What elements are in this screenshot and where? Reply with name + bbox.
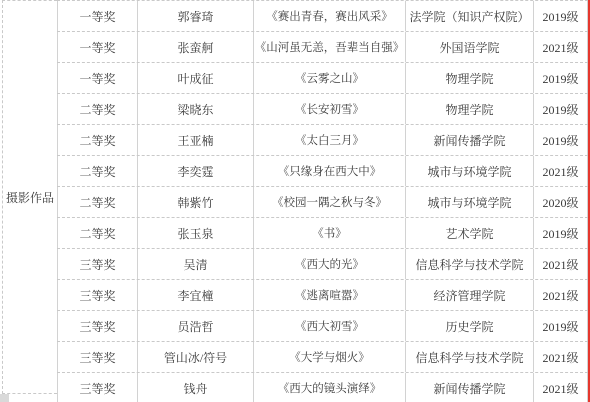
- awards-table-body: 一等奖 郭睿琦 《赛出青春，赛出风采》 法学院（知识产权院） 2019级 一等奖…: [57, 0, 588, 402]
- table-row: 二等奖 梁晓东 《长安初雪》 物理学院 2019级: [57, 94, 588, 125]
- author-name-cell: 张蛮舸: [137, 32, 253, 62]
- college-cell: 信息科学与技术学院: [405, 249, 533, 279]
- college-cell: 法学院（知识产权院）: [405, 1, 533, 31]
- class-year-cell: 2021级: [533, 342, 588, 372]
- class-year-cell: 2019级: [533, 94, 588, 124]
- table-row: 一等奖 张蛮舸 《山河虽无恙，吾辈当自强》 外国语学院 2021级: [57, 32, 588, 63]
- class-year-cell: 2019级: [533, 218, 588, 248]
- college-cell: 艺术学院: [405, 218, 533, 248]
- college-cell: 信息科学与技术学院: [405, 342, 533, 372]
- award-level-cell: 三等奖: [57, 280, 137, 310]
- author-name-cell: 吴清: [137, 249, 253, 279]
- award-level-cell: 二等奖: [57, 187, 137, 217]
- college-cell: 经济管理学院: [405, 280, 533, 310]
- author-name-cell: 管山冰/符号: [137, 342, 253, 372]
- work-title-cell: 《长安初雪》: [253, 94, 405, 124]
- class-year-cell: 2021级: [533, 32, 588, 62]
- work-title-cell: 《逃离喧嚣》: [253, 280, 405, 310]
- award-level-cell: 二等奖: [57, 94, 137, 124]
- work-title-cell: 《西大的镜头演绎》: [253, 373, 405, 402]
- class-year-cell: 2020级: [533, 187, 588, 217]
- table-row: 一等奖 叶成征 《云雾之山》 物理学院 2019级: [57, 63, 588, 94]
- table-row: 二等奖 张玉泉 《书》 艺术学院 2019级: [57, 218, 588, 249]
- class-year-cell: 2021级: [533, 280, 588, 310]
- table-row: 二等奖 王亚楠 《太白三月》 新闻传播学院 2019级: [57, 125, 588, 156]
- author-name-cell: 王亚楠: [137, 125, 253, 155]
- work-title-cell: 《书》: [253, 218, 405, 248]
- author-name-cell: 梁晓东: [137, 94, 253, 124]
- author-name-cell: 钱舟: [137, 373, 253, 402]
- work-title-cell: 《太白三月》: [253, 125, 405, 155]
- college-cell: 新闻传播学院: [405, 125, 533, 155]
- document-page: 摄影作品 一等奖 郭睿琦 《赛出青春，赛出风采》 法学院（知识产权院） 2019…: [0, 0, 590, 402]
- award-level-cell: 三等奖: [57, 373, 137, 402]
- work-title-cell: 《西大的光》: [253, 249, 405, 279]
- category-label: 摄影作品: [6, 189, 54, 206]
- table-row: 三等奖 钱舟 《西大的镜头演绎》 新闻传播学院 2021级: [57, 373, 588, 402]
- work-title-cell: 《大学与烟火》: [253, 342, 405, 372]
- table-row: 二等奖 李奕霆 《只缘身在西大中》 城市与环境学院 2021级: [57, 156, 588, 187]
- author-name-cell: 李奕霆: [137, 156, 253, 186]
- work-title-cell: 《校园一隅之秋与冬》: [253, 187, 405, 217]
- work-title-cell: 《西大初雪》: [253, 311, 405, 341]
- work-title-cell: 《山河虽无恙，吾辈当自强》: [253, 32, 405, 62]
- college-cell: 城市与环境学院: [405, 156, 533, 186]
- author-name-cell: 叶成征: [137, 63, 253, 93]
- class-year-cell: 2021级: [533, 156, 588, 186]
- work-title-cell: 《赛出青春，赛出风采》: [253, 1, 405, 31]
- author-name-cell: 员浩哲: [137, 311, 253, 341]
- college-cell: 城市与环境学院: [405, 187, 533, 217]
- college-cell: 新闻传播学院: [405, 373, 533, 402]
- award-level-cell: 一等奖: [57, 1, 137, 31]
- award-level-cell: 三等奖: [57, 249, 137, 279]
- class-year-cell: 2019级: [533, 63, 588, 93]
- table-row: 一等奖 郭睿琦 《赛出青春，赛出风采》 法学院（知识产权院） 2019级: [57, 1, 588, 32]
- author-name-cell: 李宜橦: [137, 280, 253, 310]
- college-cell: 物理学院: [405, 94, 533, 124]
- work-title-cell: 《云雾之山》: [253, 63, 405, 93]
- award-level-cell: 三等奖: [57, 311, 137, 341]
- table-row: 三等奖 李宜橦 《逃离喧嚣》 经济管理学院 2021级: [57, 280, 588, 311]
- category-cell: 摄影作品: [2, 0, 57, 394]
- class-year-cell: 2021级: [533, 373, 588, 402]
- college-cell: 外国语学院: [405, 32, 533, 62]
- table-row: 二等奖 韩紫竹 《校园一隅之秋与冬》 城市与环境学院 2020级: [57, 187, 588, 218]
- class-year-cell: 2019级: [533, 311, 588, 341]
- table-row: 三等奖 管山冰/符号 《大学与烟火》 信息科学与技术学院 2021级: [57, 342, 588, 373]
- award-level-cell: 一等奖: [57, 63, 137, 93]
- college-cell: 物理学院: [405, 63, 533, 93]
- author-name-cell: 韩紫竹: [137, 187, 253, 217]
- award-level-cell: 二等奖: [57, 218, 137, 248]
- work-title-cell: 《只缘身在西大中》: [253, 156, 405, 186]
- award-level-cell: 一等奖: [57, 32, 137, 62]
- class-year-cell: 2021级: [533, 249, 588, 279]
- page-corner-block: [0, 394, 9, 402]
- author-name-cell: 张玉泉: [137, 218, 253, 248]
- author-name-cell: 郭睿琦: [137, 1, 253, 31]
- class-year-cell: 2019级: [533, 125, 588, 155]
- college-cell: 历史学院: [405, 311, 533, 341]
- award-level-cell: 三等奖: [57, 342, 137, 372]
- award-level-cell: 二等奖: [57, 156, 137, 186]
- class-year-cell: 2019级: [533, 1, 588, 31]
- table-row: 三等奖 员浩哲 《西大初雪》 历史学院 2019级: [57, 311, 588, 342]
- table-row: 三等奖 吴清 《西大的光》 信息科学与技术学院 2021级: [57, 249, 588, 280]
- award-level-cell: 二等奖: [57, 125, 137, 155]
